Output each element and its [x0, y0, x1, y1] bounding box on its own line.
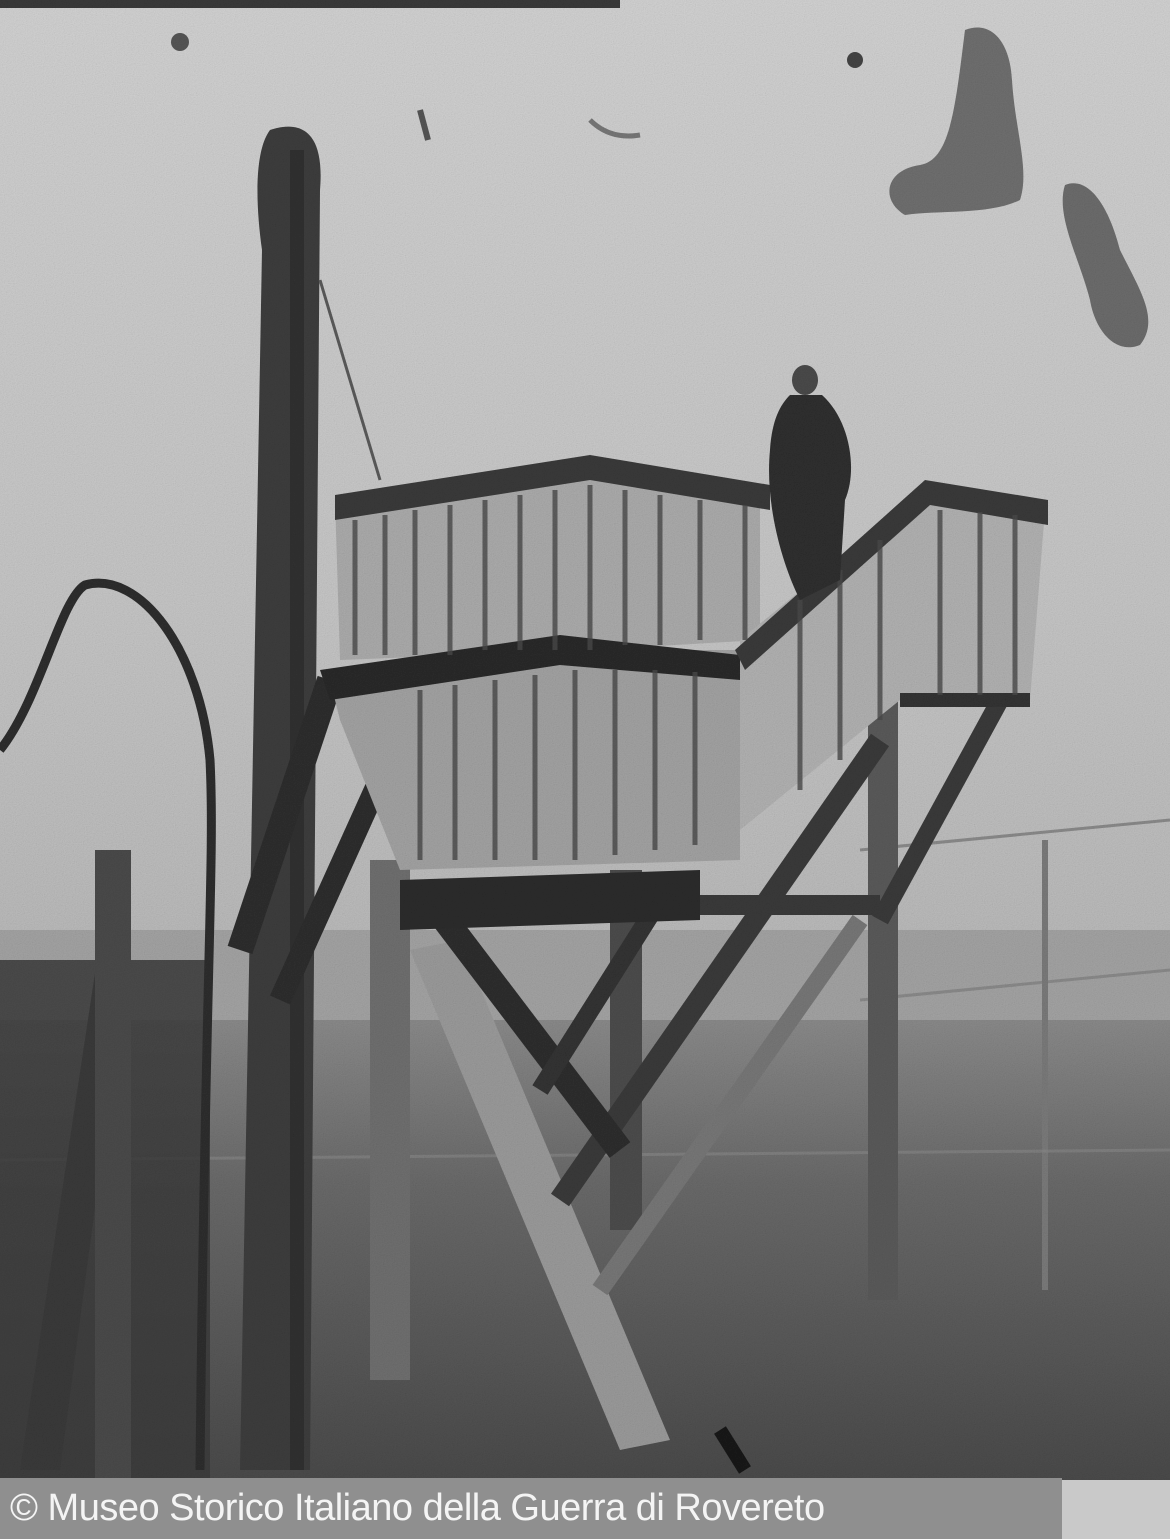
tower-leg-left: [370, 860, 410, 1380]
caption-text: © Museo Storico Italiano della Guerra di…: [0, 1487, 825, 1530]
photo-frame: © Museo Storico Italiano della Guerra di…: [0, 0, 1170, 1539]
historic-photograph: [0, 0, 1170, 1539]
tower-leg-right: [868, 700, 898, 1300]
copyright-caption: © Museo Storico Italiano della Guerra di…: [0, 1478, 1062, 1539]
top-edge: [0, 0, 620, 8]
